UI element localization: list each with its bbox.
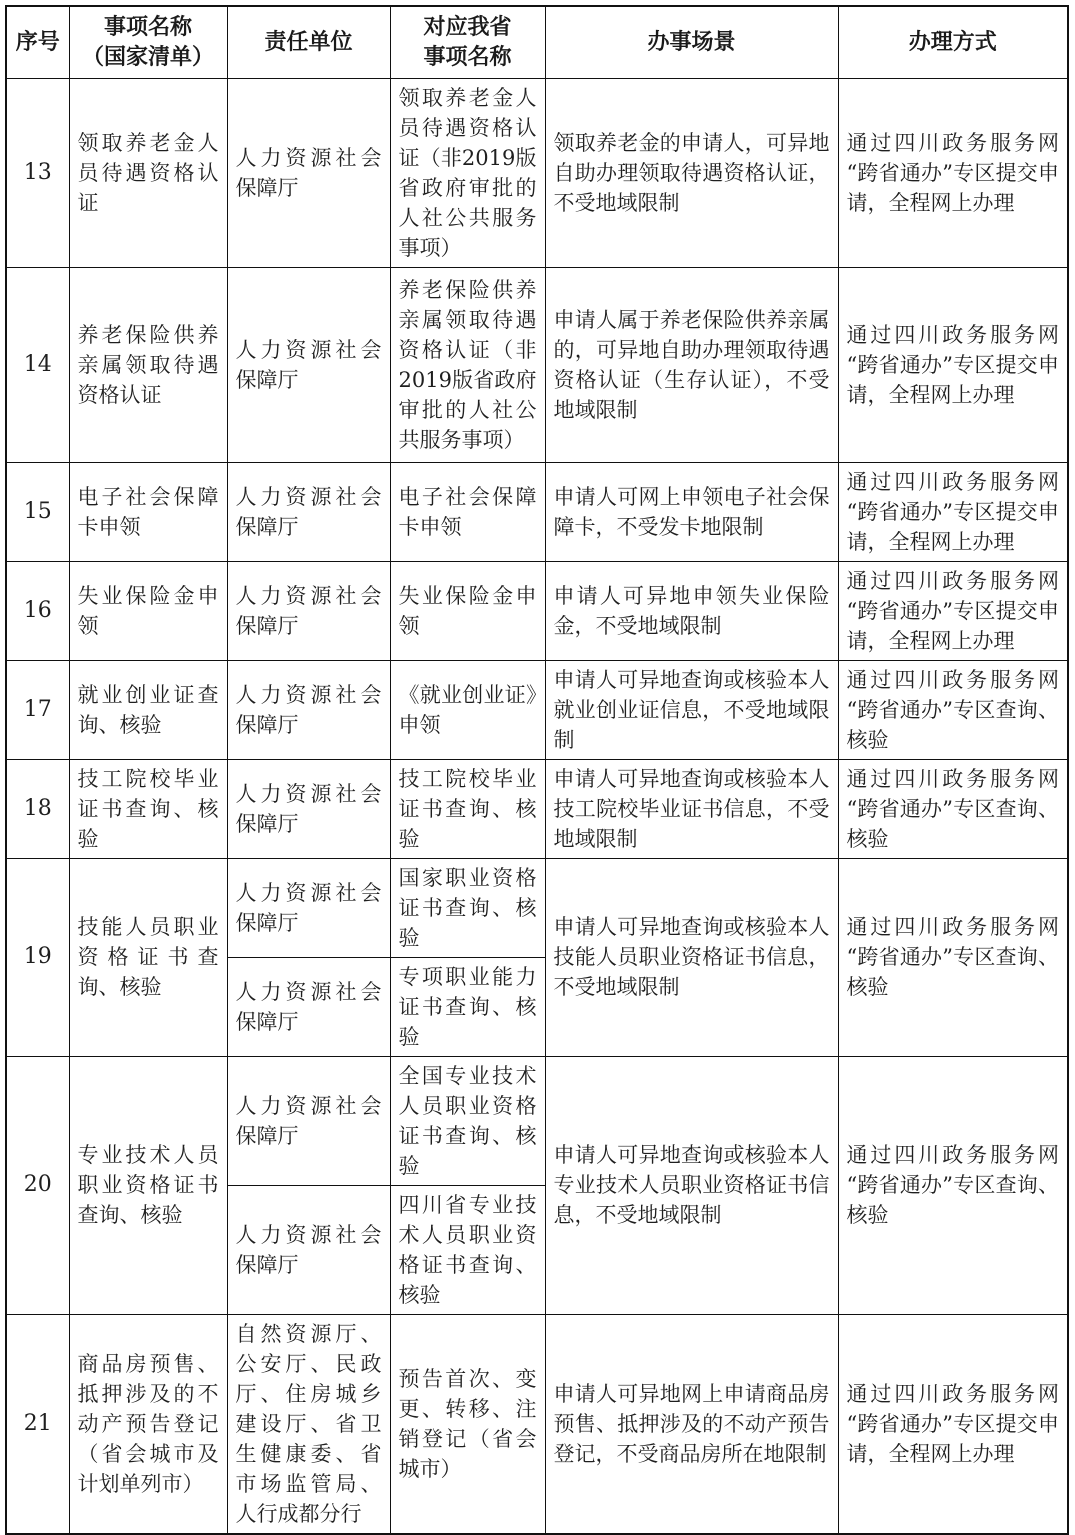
provincial-item-name: 预告首次、变更、转移、注销登记（省会城市） <box>390 1314 545 1534</box>
serial-number: 15 <box>6 462 69 561</box>
column-header-provincial: 对应我省 事项名称 <box>390 6 545 78</box>
provincial-item-name: 《就业创业证》申领 <box>390 660 545 759</box>
item-name: 领取养老金人员待遇资格认证 <box>69 78 227 267</box>
service-scenario: 申请人可异地查询或核验本人专业技术人员职业资格证书信息，不受地域限制 <box>545 1056 838 1314</box>
handling-method: 通过四川政务服务网“跨省通办”专区查询、核验 <box>838 1056 1068 1314</box>
table-row: 21商品房预售、抵押涉及的不动产预告登记（省会城市及计划单列市）自然资源厅、公安… <box>6 1314 1068 1534</box>
service-scenario: 申请人可异地查询或核验本人就业创业证信息，不受地域限制 <box>545 660 838 759</box>
handling-method: 通过四川政务服务网“跨省通办”专区提交申请，全程网上办理 <box>838 267 1068 462</box>
item-name: 技能人员职业资格证书查询、核验 <box>69 858 227 1056</box>
service-scenario: 申请人可异地网上申请商品房预售、抵押涉及的不动产预告登记，不受商品房所在地限制 <box>545 1314 838 1534</box>
handling-method: 通过四川政务服务网“跨省通办”专区提交申请，全程网上办理 <box>838 1314 1068 1534</box>
item-name: 技工院校毕业证书查询、核验 <box>69 759 227 858</box>
responsible-unit: 人力资源社会保障厅 <box>227 462 390 561</box>
table-header: 序号事项名称 （国家清单）责任单位对应我省 事项名称办事场景办理方式 <box>6 6 1068 78</box>
column-header-unit: 责任单位 <box>227 6 390 78</box>
provincial-item-name: 电子社会保障卡申领 <box>390 462 545 561</box>
document-page: 序号事项名称 （国家清单）责任单位对应我省 事项名称办事场景办理方式 13领取养… <box>0 0 1075 1522</box>
provincial-item-name: 全国专业技术人员职业资格证书查询、核验 <box>390 1056 545 1185</box>
service-scenario: 申请人属于养老保险供养亲属的，可异地自助办理领取待遇资格认证（生存认证），不受地… <box>545 267 838 462</box>
serial-number: 21 <box>6 1314 69 1534</box>
serial-number: 18 <box>6 759 69 858</box>
provincial-item-name: 失业保险金申领 <box>390 561 545 660</box>
serial-number: 17 <box>6 660 69 759</box>
service-scenario: 申请人可网上申领电子社会保障卡，不受发卡地限制 <box>545 462 838 561</box>
handling-method: 通过四川政务服务网“跨省通办”专区提交申请，全程网上办理 <box>838 78 1068 267</box>
serial-number: 13 <box>6 78 69 267</box>
provincial-item-name: 技工院校毕业证书查询、核验 <box>390 759 545 858</box>
handling-method: 通过四川政务服务网“跨省通办”专区查询、核验 <box>838 759 1068 858</box>
header-row: 序号事项名称 （国家清单）责任单位对应我省 事项名称办事场景办理方式 <box>6 6 1068 78</box>
serial-number: 19 <box>6 858 69 1056</box>
provincial-item-name: 领取养老金人员待遇资格认证（非2019版省政府审批的人社公共服务事项） <box>390 78 545 267</box>
column-header-method: 办理方式 <box>838 6 1068 78</box>
item-name: 电子社会保障卡申领 <box>69 462 227 561</box>
responsible-unit: 人力资源社会保障厅 <box>227 78 390 267</box>
responsible-unit: 人力资源社会保障厅 <box>227 858 390 957</box>
handling-method: 通过四川政务服务网“跨省通办”专区提交申请，全程网上办理 <box>838 462 1068 561</box>
handling-method: 通过四川政务服务网“跨省通办”专区提交申请，全程网上办理 <box>838 561 1068 660</box>
table-row: 15电子社会保障卡申领人力资源社会保障厅电子社会保障卡申领申请人可网上申领电子社… <box>6 462 1068 561</box>
item-name: 失业保险金申领 <box>69 561 227 660</box>
provincial-item-name: 养老保险供养亲属领取待遇资格认证（非2019版省政府审批的人社公共服务事项） <box>390 267 545 462</box>
table-row: 17就业创业证查询、核验人力资源社会保障厅《就业创业证》申领申请人可异地查询或核… <box>6 660 1068 759</box>
column-header-item-name: 事项名称 （国家清单） <box>69 6 227 78</box>
table-row: 13领取养老金人员待遇资格认证人力资源社会保障厅领取养老金人员待遇资格认证（非2… <box>6 78 1068 267</box>
column-header-serial: 序号 <box>6 6 69 78</box>
table-row: 14养老保险供养亲属领取待遇资格认证人力资源社会保障厅养老保险供养亲属领取待遇资… <box>6 267 1068 462</box>
column-header-scenario: 办事场景 <box>545 6 838 78</box>
provincial-item-name: 专项职业能力证书查询、核验 <box>390 957 545 1056</box>
responsible-unit: 人力资源社会保障厅 <box>227 660 390 759</box>
responsible-unit: 人力资源社会保障厅 <box>227 561 390 660</box>
cross-province-items-table: 序号事项名称 （国家清单）责任单位对应我省 事项名称办事场景办理方式 13领取养… <box>5 5 1069 1535</box>
responsible-unit: 人力资源社会保障厅 <box>227 957 390 1056</box>
serial-number: 20 <box>6 1056 69 1314</box>
responsible-unit: 人力资源社会保障厅 <box>227 267 390 462</box>
table-row: 18技工院校毕业证书查询、核验人力资源社会保障厅技工院校毕业证书查询、核验申请人… <box>6 759 1068 858</box>
responsible-unit: 人力资源社会保障厅 <box>227 1185 390 1314</box>
responsible-unit: 人力资源社会保障厅 <box>227 1056 390 1185</box>
responsible-unit: 自然资源厅、公安厅、民政厅、住房城乡建设厅、省卫生健康委、省市场监管局、人行成都… <box>227 1314 390 1534</box>
table-row: 19技能人员职业资格证书查询、核验人力资源社会保障厅国家职业资格证书查询、核验申… <box>6 858 1068 957</box>
service-scenario: 申请人可异地查询或核验本人技能人员职业资格证书信息，不受地域限制 <box>545 858 838 1056</box>
service-scenario: 申请人可异地查询或核验本人技工院校毕业证书信息，不受地域限制 <box>545 759 838 858</box>
serial-number: 16 <box>6 561 69 660</box>
responsible-unit: 人力资源社会保障厅 <box>227 759 390 858</box>
handling-method: 通过四川政务服务网“跨省通办”专区查询、核验 <box>838 858 1068 1056</box>
item-name: 就业创业证查询、核验 <box>69 660 227 759</box>
item-name: 商品房预售、抵押涉及的不动产预告登记（省会城市及计划单列市） <box>69 1314 227 1534</box>
table-body: 13领取养老金人员待遇资格认证人力资源社会保障厅领取养老金人员待遇资格认证（非2… <box>6 78 1068 1534</box>
handling-method: 通过四川政务服务网“跨省通办”专区查询、核验 <box>838 660 1068 759</box>
table-row: 20专业技术人员职业资格证书查询、核验人力资源社会保障厅全国专业技术人员职业资格… <box>6 1056 1068 1185</box>
service-scenario: 领取养老金的申请人，可异地自助办理领取待遇资格认证，不受地域限制 <box>545 78 838 267</box>
service-scenario: 申请人可异地申领失业保险金，不受地域限制 <box>545 561 838 660</box>
provincial-item-name: 国家职业资格证书查询、核验 <box>390 858 545 957</box>
provincial-item-name: 四川省专业技术人员职业资格证书查询、核验 <box>390 1185 545 1314</box>
table-row: 16失业保险金申领人力资源社会保障厅失业保险金申领申请人可异地申领失业保险金，不… <box>6 561 1068 660</box>
serial-number: 14 <box>6 267 69 462</box>
item-name: 专业技术人员职业资格证书查询、核验 <box>69 1056 227 1314</box>
item-name: 养老保险供养亲属领取待遇资格认证 <box>69 267 227 462</box>
